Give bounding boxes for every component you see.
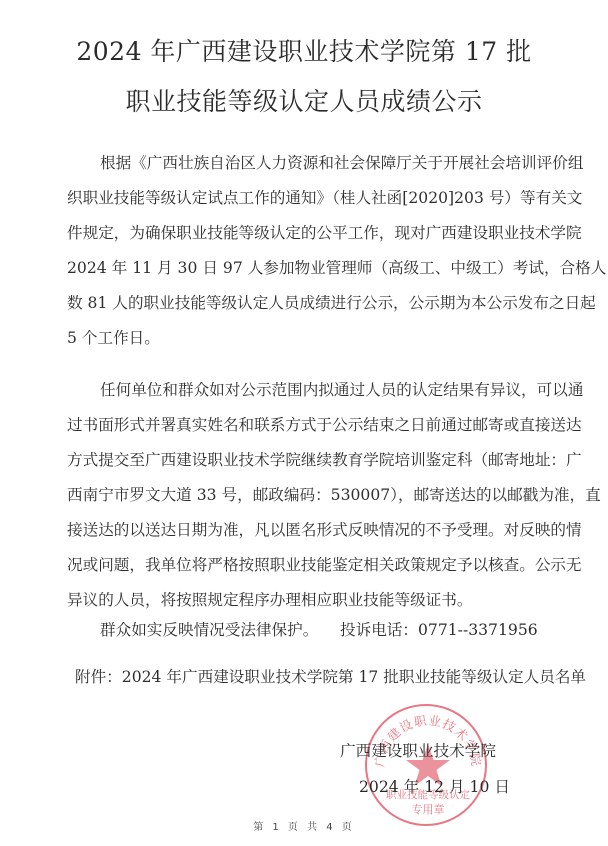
paragraph-line: 数 81 人的职业技能等级认定人员成绩进行公示，公示期为本公示发布之日起 <box>67 286 563 321</box>
complaint-phone-line: 投诉电话：0771--3371956 <box>340 618 538 640</box>
page-indicator: 第 1 页 共 4 页 <box>0 818 608 833</box>
paragraph-line: 况或问题，我单位将严格按照职业技能鉴定相关政策规定予以核查。公示无 <box>67 548 563 583</box>
document-title-line-1: 2024 年广西建设职业技术学院第 17 批 <box>0 32 608 68</box>
paragraph-line: 异议的人员，将按照规定程序办理相应职业技能等级证书。 <box>67 583 563 618</box>
attachment-reference: 附件：2024 年广西建设职业技术学院第 17 批职业技能等级认定人员名单 <box>75 665 586 687</box>
signing-date: 2024 年 12 月 10 日 <box>359 775 510 797</box>
official-seal-stamp: 广西建设职业技术学院 职业技能等级认定 专用章 <box>365 704 487 826</box>
seal-star-icon: 广西建设职业技术学院 职业技能等级认定 专用章 <box>367 706 489 828</box>
document-title-line-2: 职业技能等级认定人员成绩公示 <box>0 82 608 118</box>
paragraph-line: 织职业技能等级认定试点工作的通知》（桂人社函[2020]203 号）等有关文 <box>67 181 563 216</box>
paragraph-line: 5 个工作日。 <box>67 321 563 356</box>
paragraph-line: 2024 年 11 月 30 日 97 人参加物业管理师（高级工、中级工）考试，… <box>67 251 563 286</box>
paragraph-objection-procedure: 任何单位和群众如对公示范围内拟通过人员的认定结果有异议，可以通 过书面形式并署真… <box>67 373 563 618</box>
complaint-phone-number: 0771--3371956 <box>418 621 538 639</box>
complaint-phone-label: 投诉电话： <box>340 621 418 639</box>
paragraph-line: 过书面形式并署真实姓名和联系方式于公示结束之日前通过邮寄或直接送达 <box>67 408 563 443</box>
paragraph-line: 根据《广西壮族自治区人力资源和社会保障厅关于开展社会培训评价组 <box>67 146 563 181</box>
complaint-info: 群众如实反映情况受法律保护。 投诉电话：0771--3371956 <box>100 618 318 640</box>
paragraph-announcement-basis: 根据《广西壮族自治区人力资源和社会保障厅关于开展社会培训评价组 织职业技能等级认… <box>67 146 563 356</box>
paragraph-line: 方式提交至广西建设职业技术学院继续教育学院培训鉴定科（邮寄地址：广 <box>67 443 563 478</box>
paragraph-line: 任何单位和群众如对公示范围内拟通过人员的认定结果有异议，可以通 <box>67 373 563 408</box>
paragraph-line: 件规定，为确保职业技能等级认定的公平工作，现对广西建设职业技术学院 <box>67 216 563 251</box>
paragraph-line: 接送达的以送达日期为准，凡以匿名形式反映情况的不予受理。对反映的情 <box>67 513 563 548</box>
legal-protection-note: 群众如实反映情况受法律保护。 <box>100 621 318 639</box>
paragraph-line: 西南宁市罗文大道 33 号，邮政编码：530007），邮寄送达的以邮戳为准，直 <box>67 478 563 513</box>
signing-organization: 广西建设职业技术学院 <box>340 739 496 761</box>
seal-bottom-text-2: 专用章 <box>412 802 445 816</box>
